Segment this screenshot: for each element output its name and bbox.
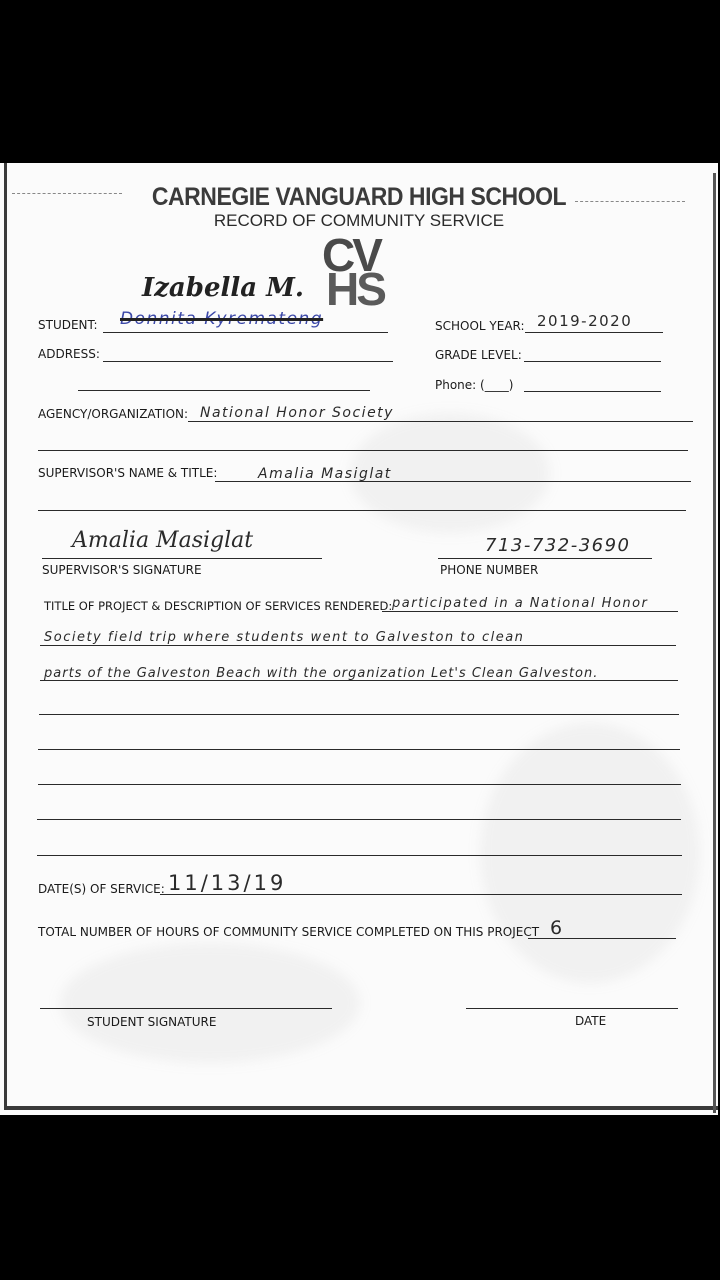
supervisor-phone-value: 713-732-3690 bbox=[485, 535, 631, 556]
form-border-left bbox=[4, 163, 7, 1109]
school-year-line[interactable] bbox=[525, 332, 663, 333]
grade-level-label: GRADE LEVEL: bbox=[435, 348, 522, 362]
student-signature-line[interactable] bbox=[40, 1008, 332, 1009]
supervisor-signature-value: Amalia Masiglat bbox=[72, 528, 253, 553]
agency-value: National Honor Society bbox=[200, 405, 394, 421]
description-rule-4[interactable] bbox=[39, 714, 679, 715]
supervisor-name-line-2[interactable] bbox=[38, 510, 686, 511]
grade-level-line[interactable] bbox=[524, 361, 661, 362]
form-border-bottom bbox=[4, 1106, 718, 1110]
description-rule-8[interactable] bbox=[37, 855, 682, 856]
form-title: RECORD OF COMMUNITY SERVICE bbox=[0, 211, 718, 231]
total-hours-label: TOTAL NUMBER OF HOURS OF COMMUNITY SERVI… bbox=[38, 925, 539, 939]
supervisor-phone-line[interactable] bbox=[438, 558, 652, 559]
logo-bottom-text: HS bbox=[326, 271, 384, 307]
dates-of-service-label: DATE(S) OF SERVICE: bbox=[38, 882, 165, 896]
date-label: DATE bbox=[575, 1014, 606, 1028]
total-hours-value: 6 bbox=[550, 917, 564, 939]
phone-label: Phone: (____) bbox=[435, 378, 513, 392]
total-hours-line[interactable] bbox=[528, 938, 676, 939]
student-label: STUDENT: bbox=[38, 318, 98, 332]
service-record-form: CARNEGIE VANGUARD HIGH SCHOOL RECORD OF … bbox=[0, 163, 718, 1115]
phone-line[interactable] bbox=[524, 391, 661, 392]
description-rule-5[interactable] bbox=[38, 749, 680, 750]
description-label: TITLE OF PROJECT & DESCRIPTION OF SERVIC… bbox=[44, 599, 392, 613]
school-year-label: SCHOOL YEAR: bbox=[435, 319, 525, 333]
agency-label: AGENCY/ORGANIZATION: bbox=[38, 407, 188, 421]
supervisor-name-line[interactable] bbox=[215, 481, 691, 482]
address-label: ADDRESS: bbox=[38, 347, 100, 361]
paper-smudge bbox=[480, 723, 700, 983]
paper-smudge bbox=[60, 943, 360, 1063]
supervisor-signature-label: SUPERVISOR'S SIGNATURE bbox=[42, 563, 202, 577]
description-line-2: Society field trip where students went t… bbox=[44, 630, 524, 645]
description-rule-1[interactable] bbox=[382, 611, 678, 612]
student-field-line[interactable] bbox=[103, 332, 388, 333]
dates-of-service-line[interactable] bbox=[160, 894, 682, 895]
school-name: CARNEGIE VANGUARD HIGH SCHOOL bbox=[29, 183, 690, 212]
supervisor-phone-label: PHONE NUMBER bbox=[440, 563, 538, 577]
agency-line[interactable] bbox=[188, 421, 693, 422]
description-rule-3[interactable] bbox=[40, 680, 678, 681]
student-name-handwritten: Izabella M. bbox=[142, 273, 304, 303]
address-line-2[interactable] bbox=[78, 390, 370, 391]
description-line-3: parts of the Galveston Beach with the or… bbox=[44, 666, 598, 681]
student-name-crossed-out: Donnita Kyremateng bbox=[120, 309, 323, 329]
form-border-right bbox=[713, 173, 716, 1113]
agency-line-2[interactable] bbox=[38, 450, 688, 451]
address-line-1[interactable] bbox=[103, 361, 393, 362]
student-signature-label: STUDENT SIGNATURE bbox=[87, 1015, 216, 1029]
dates-of-service-value: 11/13/19 bbox=[168, 871, 286, 895]
description-rule-6[interactable] bbox=[38, 784, 681, 785]
supervisor-name-label: SUPERVISOR'S NAME & TITLE: bbox=[38, 466, 217, 480]
supervisor-signature-line[interactable] bbox=[42, 558, 322, 559]
cvhs-logo: CV HS bbox=[322, 235, 430, 305]
supervisor-name-value: Amalia Masiglat bbox=[258, 466, 392, 482]
description-rule-2[interactable] bbox=[40, 645, 676, 646]
date-line[interactable] bbox=[466, 1008, 678, 1009]
school-year-value: 2019-2020 bbox=[537, 312, 632, 330]
description-rule-7[interactable] bbox=[37, 819, 681, 820]
description-line-1: participated in a National Honor bbox=[392, 596, 648, 611]
